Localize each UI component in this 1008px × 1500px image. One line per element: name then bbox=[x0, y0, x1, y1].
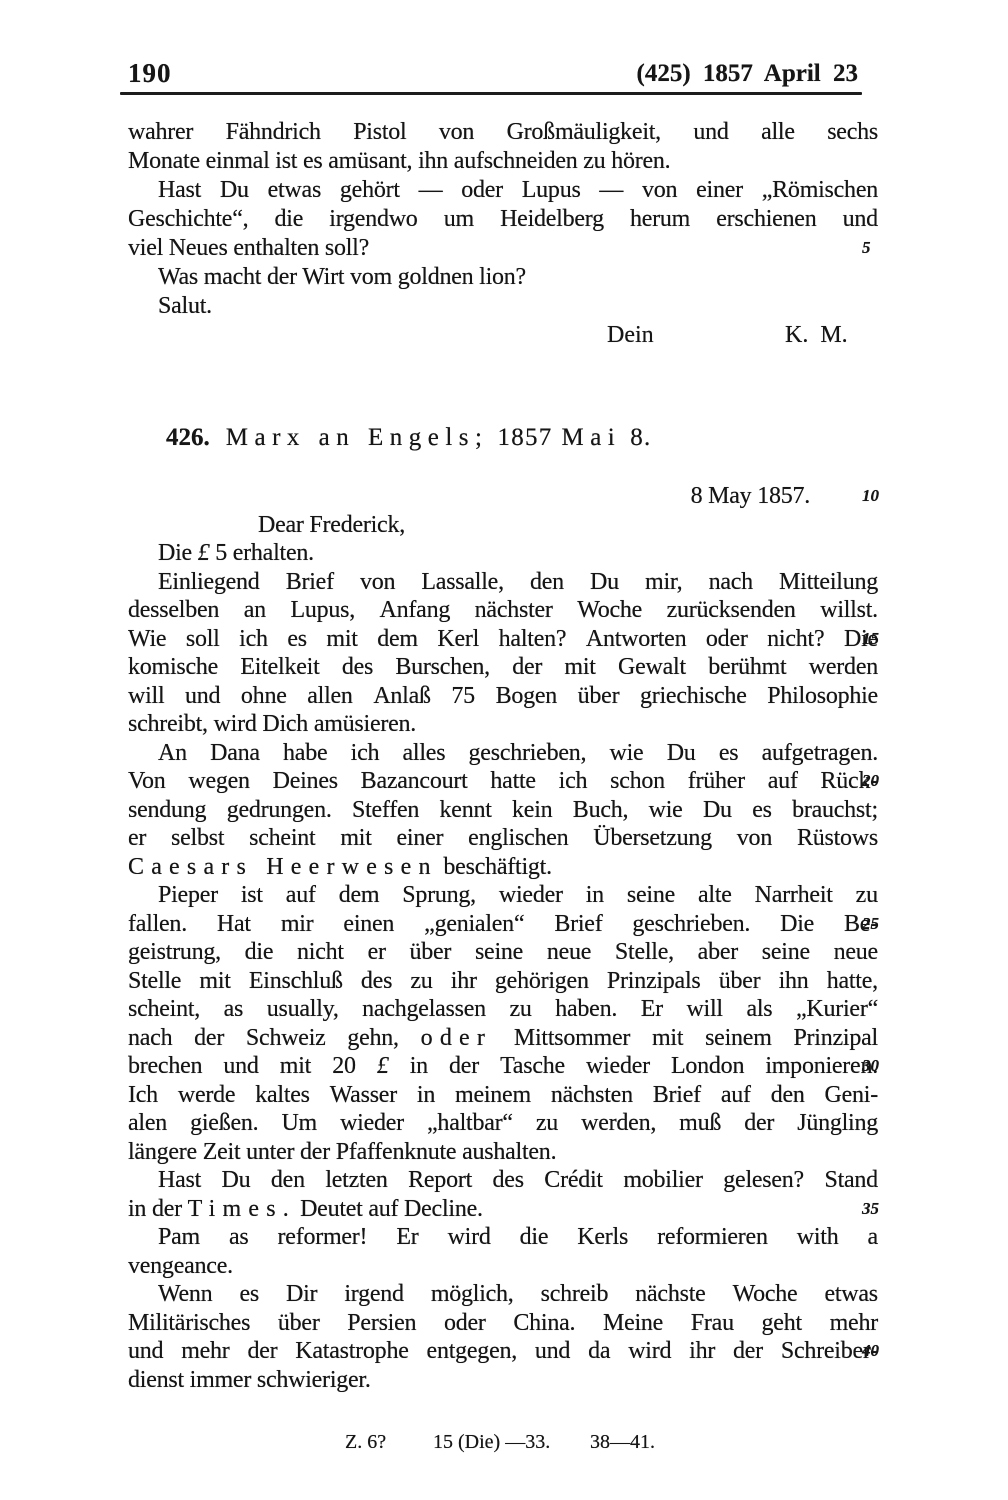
text-line: fallen.Hatmireinen„genialen“Briefgeschri… bbox=[128, 910, 878, 939]
text-line: VonwegenDeinesBazancourthatteichschonfrü… bbox=[128, 767, 878, 796]
text-line: undmehrderKatastropheentgegen,unddawirdi… bbox=[128, 1337, 878, 1366]
text-line: dienst immer schwieriger. bbox=[128, 1366, 878, 1395]
apparatus-note: 15 (Die) —33. bbox=[433, 1431, 550, 1454]
heading-day: 8. bbox=[630, 424, 651, 451]
margin-line-number: 30 bbox=[862, 1057, 902, 1074]
text-line: schreibt, wird Dich amüsieren. bbox=[128, 710, 878, 739]
margin-line-number: 25 bbox=[862, 915, 902, 932]
text-line: PieperistaufdemSprung,wiederinseinealteN… bbox=[128, 881, 878, 910]
letter-425-signature: Dein K. M. bbox=[128, 320, 878, 350]
text-line: willundohneallenAnlaß75Bogenübergriechis… bbox=[128, 682, 878, 711]
text-line: viel Neues enthalten soll?5 bbox=[128, 234, 878, 263]
heading-year: 1857 bbox=[497, 424, 552, 451]
text-line: Dear Frederick, bbox=[128, 511, 878, 540]
text-line: WennesDirirgendmöglich,schreibnächsteWoc… bbox=[128, 1280, 878, 1309]
letter-426-body: 8 May 1857.10Dear Frederick,Die £ 5 erha… bbox=[128, 482, 878, 1394]
text-line: scheint,asusually,nachgelassenzuhaben.Er… bbox=[128, 995, 878, 1024]
letter-425-continuation: wahrerFähndrichPistolvonGroßmäuligkeit,u… bbox=[128, 118, 878, 321]
margin-line-number: 40 bbox=[862, 1342, 902, 1359]
heading-month: Mai bbox=[561, 424, 621, 451]
margin-line-number: 5 bbox=[862, 239, 902, 256]
text-line: HastDuetwasgehört—oderLupus—voneiner„Röm… bbox=[128, 176, 878, 205]
heading-names: Marx an Engels; bbox=[226, 424, 489, 451]
page-header: 190 (425) 1857 April 23 bbox=[128, 58, 878, 92]
text-line: erselbstscheintmiteinerenglischenÜberset… bbox=[128, 824, 878, 853]
text-line: Die £ 5 erhalten. bbox=[128, 539, 878, 568]
text-line: längere Zeit unter der Pfaffenknute aush… bbox=[128, 1138, 878, 1167]
text-line: desselbenanLupus,AnfangnächsterWochezurü… bbox=[128, 596, 878, 625]
text-line: komischeEitelkeitdesBurschen,dermitGewal… bbox=[128, 653, 878, 682]
margin-line-number: 20 bbox=[862, 772, 902, 789]
text-line: in der Times. Deutet auf Decline.35 bbox=[128, 1195, 878, 1224]
text-line: Caesars Heerwesen beschäftigt. bbox=[128, 853, 878, 882]
text-line: 8 May 1857.10 bbox=[128, 482, 878, 511]
margin-line-number: 10 bbox=[862, 487, 902, 504]
header-rule bbox=[120, 92, 862, 95]
running-head: (425) 1857 April 23 bbox=[637, 60, 858, 88]
page-number: 190 bbox=[128, 58, 172, 89]
margin-line-number: 35 bbox=[862, 1200, 902, 1217]
text-line: sendunggedrungen.SteffenkenntkeinBuch,wi… bbox=[128, 796, 878, 825]
margin-line-number: 15 bbox=[862, 630, 902, 647]
apparatus-note: 38—41. bbox=[590, 1431, 655, 1454]
text-line: IchwerdekaltesWasserinmeinemnächstenBrie… bbox=[128, 1081, 878, 1110]
text-line: alengießen.Umwieder„haltbar“zuwerden,muß… bbox=[128, 1109, 878, 1138]
text-line: MilitärischesüberPersienoderChina.MeineF… bbox=[128, 1309, 878, 1338]
text-line: Geschichte“,dieirgendwoumHeidelbergherum… bbox=[128, 205, 878, 234]
text-line: wahrerFähndrichPistolvonGroßmäuligkeit,u… bbox=[128, 118, 878, 147]
text-line: nachderSchweizgehn,oderMittsommermitsein… bbox=[128, 1024, 878, 1053]
letter-426-heading: 426.Marx an Engels;1857Mai8. bbox=[166, 424, 661, 452]
text-line: Pamasreformer!ErwirddieKerlsreformierenw… bbox=[128, 1223, 878, 1252]
apparatus-note: Z. 6? bbox=[345, 1431, 386, 1454]
text-line: AnDanahabeichallesgeschrieben,wieDuesauf… bbox=[128, 739, 878, 768]
text-line: vengeance. bbox=[128, 1252, 878, 1281]
text-line: EinliegendBriefvonLassalle,denDumir,nach… bbox=[128, 568, 878, 597]
text-line: HastDudenletztenReportdesCréditmobilierg… bbox=[128, 1166, 878, 1195]
text-line: StellemitEinschlußdeszuihrgehörigenPrinz… bbox=[128, 967, 878, 996]
text-line: brechenundmit20£inderTaschewiederLondoni… bbox=[128, 1052, 878, 1081]
text-line: Salut. bbox=[128, 292, 878, 321]
signature-initials: K. M. bbox=[785, 320, 848, 350]
text-line: Was macht der Wirt vom goldnen lion? bbox=[128, 263, 878, 292]
text-line: WiesollichesmitdemKerlhalten?Antwortenod… bbox=[128, 625, 878, 654]
letter-number: 426. bbox=[166, 424, 210, 451]
scanned-book-page: 190 (425) 1857 April 23 wahrerFähndrichP… bbox=[0, 0, 1008, 1500]
text-line: Monate einmal ist es amüsant, ihn aufsch… bbox=[128, 147, 878, 176]
apparatus-footer: Z. 6? 15 (Die) —33. 38—41. bbox=[0, 1431, 1008, 1461]
valediction: Dein bbox=[607, 320, 654, 350]
text-line: geistrung,dienichterüberseineneueStelle,… bbox=[128, 938, 878, 967]
